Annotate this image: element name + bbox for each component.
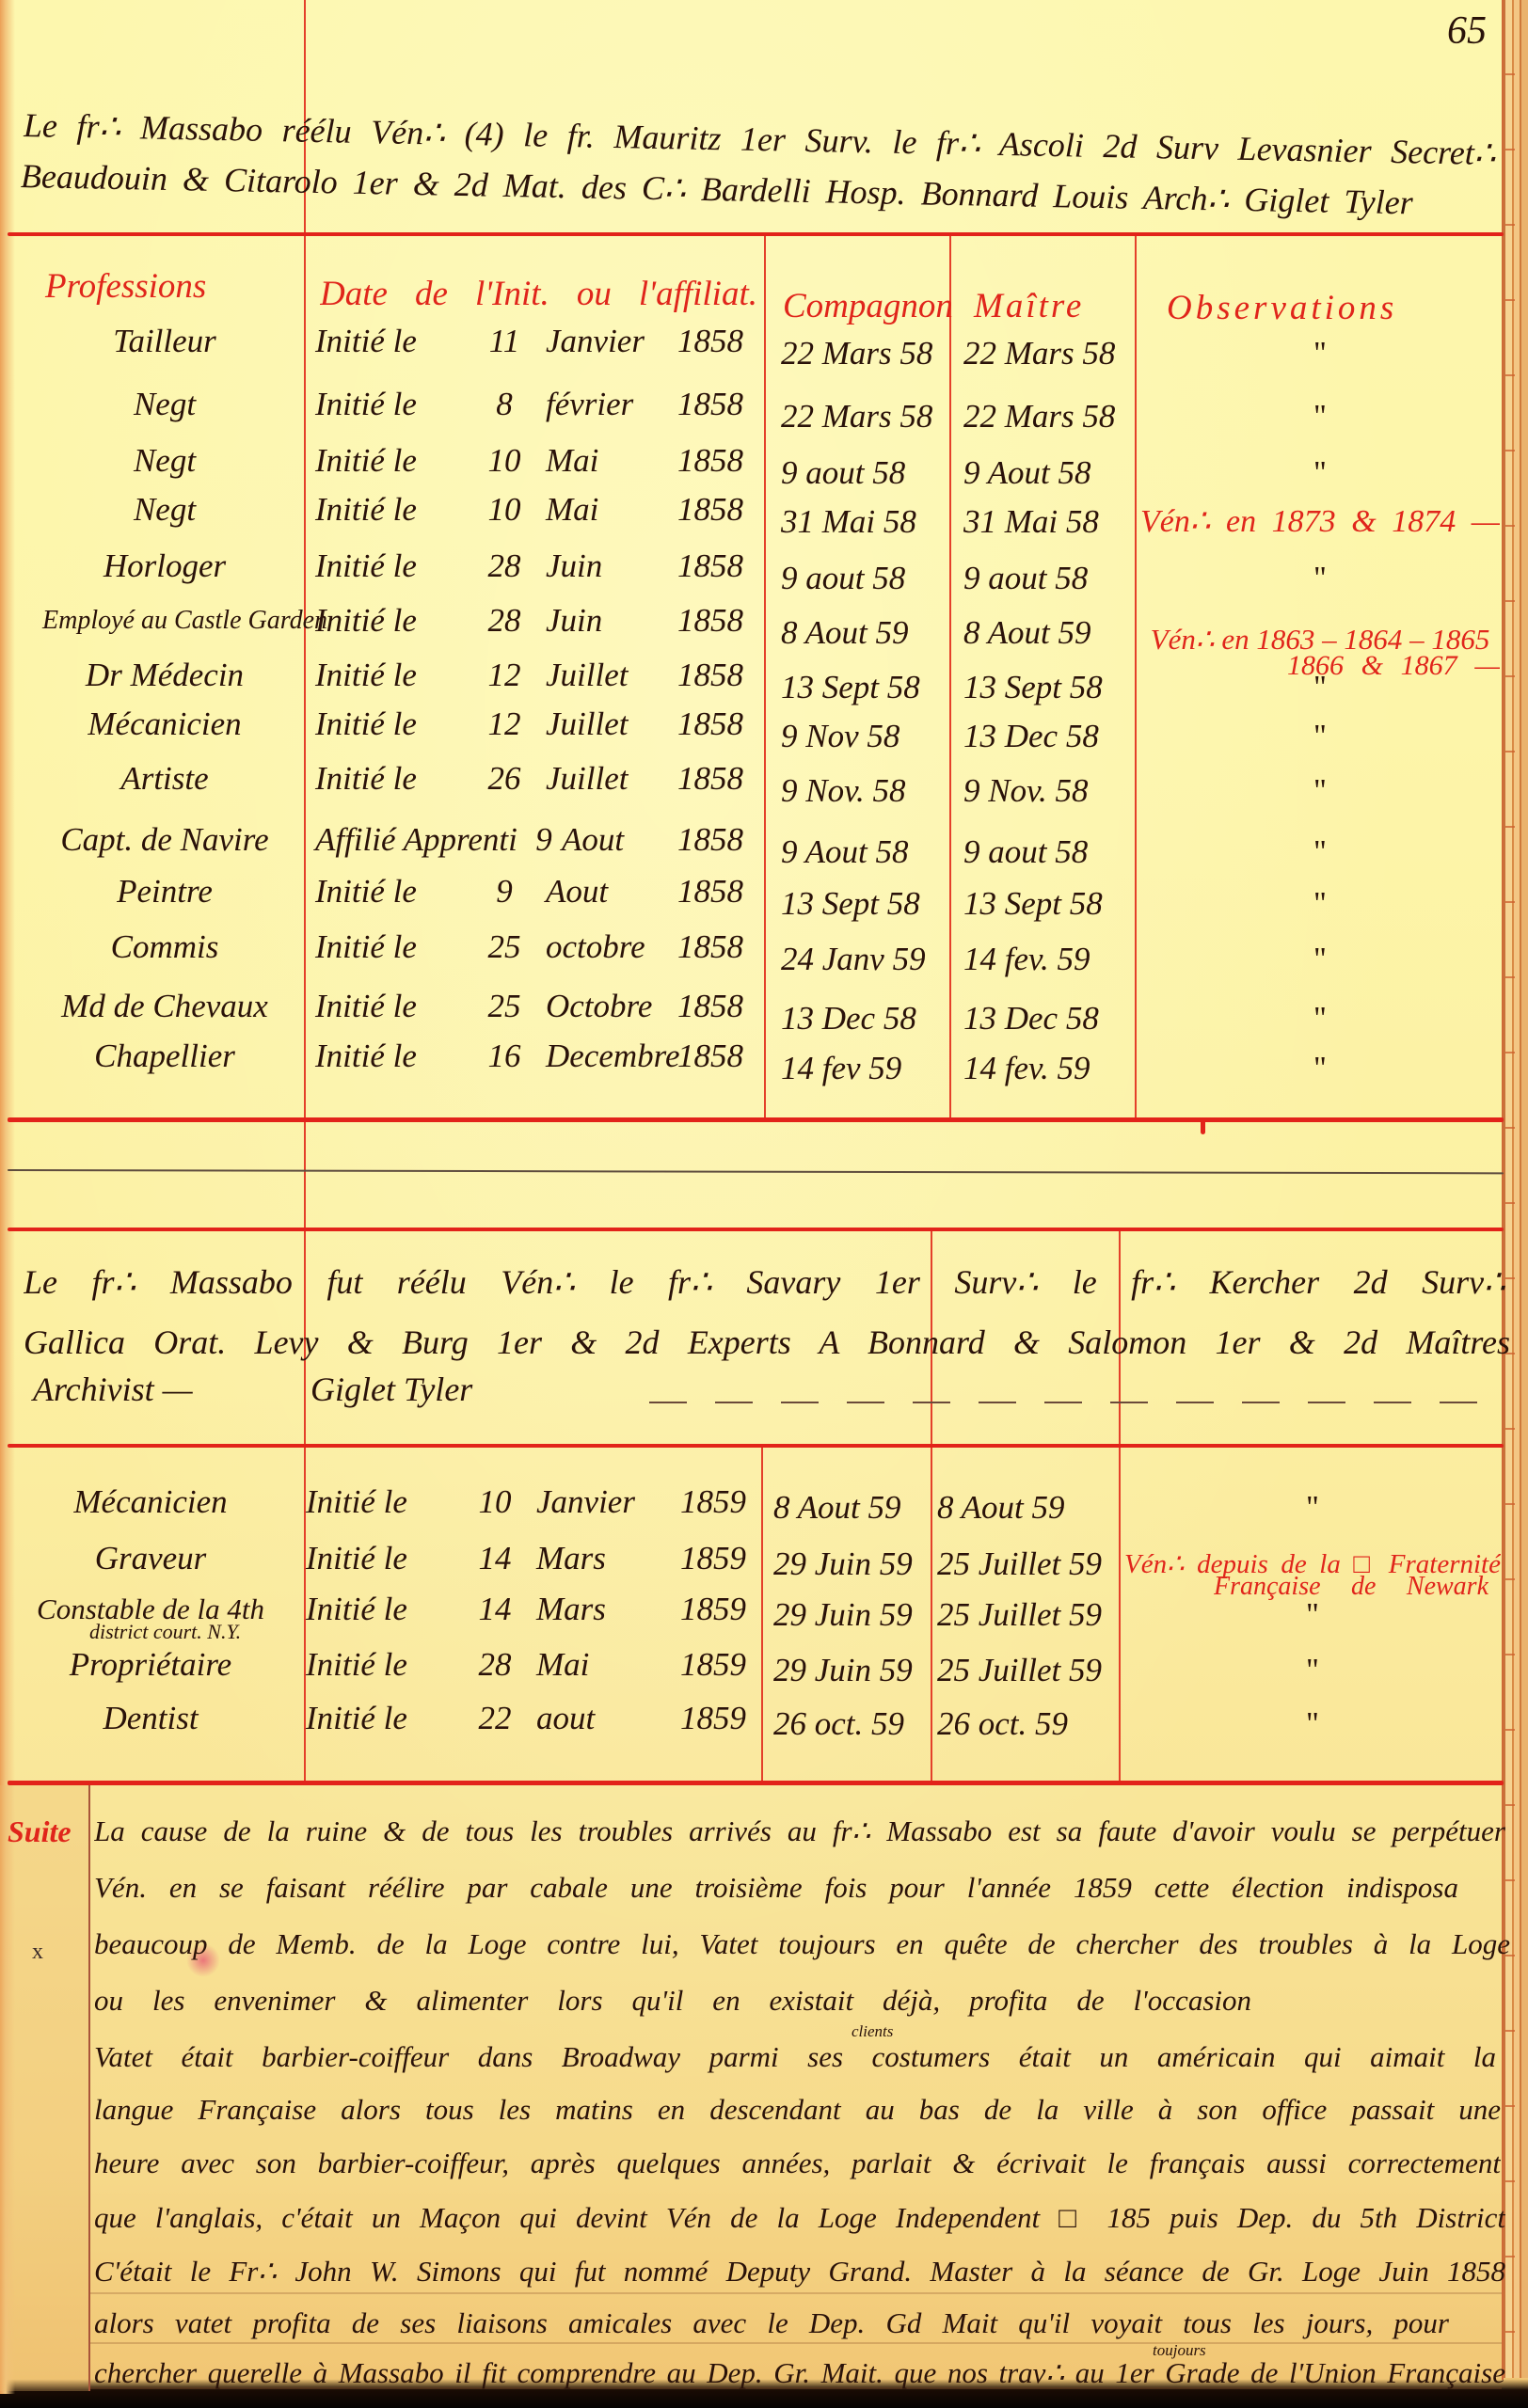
maitre-cell: 31 Mai 58 xyxy=(963,499,1133,545)
date-year: 1859 xyxy=(680,1587,746,1632)
date-year: 1858 xyxy=(677,984,743,1029)
profession-cell: Mécanicien xyxy=(24,702,306,747)
profession-cell: Dentist xyxy=(14,1696,287,1741)
table-row: Negt Initié le8février1858 22 Mars 58 22… xyxy=(0,382,1505,427)
date-cell: Initié le22aout1859 xyxy=(306,1696,757,1741)
suite-margin-rule xyxy=(88,1784,90,2391)
date-month: février xyxy=(546,382,633,427)
maitre-cell: 25 Juillet 59 xyxy=(937,1648,1116,1693)
compagnon-cell: 8 Aout 59 xyxy=(773,1485,926,1530)
date-day: 12 xyxy=(475,702,533,747)
suite-line: Vén. en se faisant réélire par cabale un… xyxy=(94,1864,1458,1911)
date-day: 14 xyxy=(466,1587,524,1632)
interlinear-annotation: toujours xyxy=(1153,2341,1206,2360)
date-month: Janvier xyxy=(546,319,645,364)
suite-line: chercher querelle à Massabo il fit compr… xyxy=(94,2350,1505,2397)
maitre-cell: 13 Sept 58 xyxy=(963,881,1133,927)
date-day: 12 xyxy=(475,653,533,698)
date-year: 1859 xyxy=(680,1480,746,1525)
date-prefix: Initié le xyxy=(306,1696,407,1741)
date-cell: Initié le28Mai1859 xyxy=(306,1642,757,1687)
maitre-cell: 25 Juillet 59 xyxy=(937,1542,1116,1587)
date-cell: Initié le26Juillet1858 xyxy=(315,756,757,801)
date-month: Mars xyxy=(536,1587,606,1632)
date-month: Juin xyxy=(546,544,602,589)
observations-ditto: " xyxy=(1140,830,1500,875)
date-month: Juin xyxy=(546,598,602,643)
date-cell: Affilié Apprenti9Aout1858 xyxy=(315,817,757,863)
suite-line: La cause de la ruine & de tous les troub… xyxy=(94,1808,1505,1855)
profession-cell: Tailleur xyxy=(24,319,306,364)
date-month: Decembre xyxy=(546,1034,680,1079)
table-row: Propriétaire Initié le28Mai1859 29 Juin … xyxy=(0,1642,1505,1687)
maitre-cell: 9 Nov. 58 xyxy=(963,768,1133,814)
profession-cell: Negt xyxy=(24,438,306,483)
date-cell: Initié le10Mai1858 xyxy=(315,487,757,532)
table-row: Artiste Initié le26Juillet1858 9 Nov. 58… xyxy=(0,756,1505,801)
compagnon-cell: 31 Mai 58 xyxy=(781,499,948,545)
observations-ditto: " xyxy=(1140,556,1500,601)
date-month: Octobre xyxy=(546,984,652,1029)
maitre-cell: 14 fev. 59 xyxy=(963,937,1133,982)
date-cell: Initié le10Mai1858 xyxy=(315,438,757,483)
compagnon-cell: 8 Aout 59 xyxy=(781,610,948,656)
table-row: Md de Chevaux Initié le25Octobre1858 13 … xyxy=(0,984,1505,1029)
observations-ditto: " xyxy=(1140,714,1500,759)
table-row: Horloger Initié le28Juin1858 9 aout 58 9… xyxy=(0,544,1505,589)
profession-cell: Propriétaire xyxy=(14,1642,287,1687)
date-prefix: Initié le xyxy=(315,1034,417,1079)
table-row: Capt. de Navire Affilié Apprenti9Aout185… xyxy=(0,817,1505,863)
date-day: 26 xyxy=(475,756,533,801)
maitre-cell: 9 aout 58 xyxy=(963,556,1133,601)
observations-ditto: " xyxy=(1140,394,1500,439)
observations-ditto: " xyxy=(1124,1702,1501,1747)
maitre-cell: 22 Mars 58 xyxy=(963,394,1133,439)
suite-line: Vatet était barbier-coiffeur dans Broadw… xyxy=(94,2034,1496,2081)
date-month: Juillet xyxy=(546,653,628,698)
date-cell: Initié le25octobre1858 xyxy=(315,925,757,970)
table-1859-bottom-rule xyxy=(8,1781,1504,1785)
suite-line: heure avec son barbier-coiffeur, après q… xyxy=(94,2140,1501,2187)
date-year: 1858 xyxy=(677,925,743,970)
date-day: 9 xyxy=(530,817,558,863)
dashed-fill-line xyxy=(649,1402,1501,1403)
date-cell: Initié le8février1858 xyxy=(315,382,757,427)
date-year: 1858 xyxy=(677,1034,743,1079)
profession-cell: Md de Chevaux xyxy=(24,984,306,1029)
date-prefix: Initié le xyxy=(315,984,417,1029)
compagnon-cell: 9 aout 58 xyxy=(781,556,948,601)
maitre-cell: 22 Mars 58 xyxy=(963,331,1133,376)
date-year: 1858 xyxy=(677,598,743,643)
date-month: Aout xyxy=(546,869,608,914)
date-month: Juillet xyxy=(546,756,628,801)
observations-ditto: " xyxy=(1140,881,1500,927)
date-prefix: Initié le xyxy=(306,1642,407,1687)
date-month: Mars xyxy=(536,1536,606,1581)
table-row: Negt Initié le10Mai1858 31 Mai 58 31 Mai… xyxy=(0,487,1505,532)
suite-line: que l'anglais, c'était un Maçon qui devi… xyxy=(94,2194,1505,2242)
date-year: 1858 xyxy=(677,544,743,589)
table-row: Graveur Initié le14Mars1859 29 Juin 59 2… xyxy=(0,1536,1505,1581)
date-day: 28 xyxy=(475,598,533,643)
suite-line: alors vatet profita de ses liaisons amic… xyxy=(94,2300,1449,2347)
profession-cell: Negt xyxy=(24,487,306,532)
officers-1859-line-1: Le fr∴ Massabo fut réélu Vén∴ le fr∴ Sav… xyxy=(24,1257,1505,1307)
date-month: aout xyxy=(536,1696,595,1741)
margin-mark: x xyxy=(32,1938,43,1966)
officers-top-rule xyxy=(8,1228,1504,1231)
date-year: 1858 xyxy=(677,702,743,747)
date-cell: Initié le14Mars1859 xyxy=(306,1536,757,1581)
header-bottom-rule xyxy=(8,232,1504,236)
date-year: 1858 xyxy=(677,487,743,532)
date-prefix: Initié le xyxy=(315,438,417,483)
maitre-cell: 25 Juillet 59 xyxy=(937,1592,1116,1638)
date-month: Juillet xyxy=(546,702,628,747)
date-day: 22 xyxy=(466,1696,524,1741)
date-day: 10 xyxy=(466,1480,524,1525)
table-row: Negt Initié le10Mai1858 9 aout 58 9 Aout… xyxy=(0,438,1505,483)
date-year: 1858 xyxy=(677,817,743,863)
date-prefix: Initié le xyxy=(315,702,417,747)
compagnon-cell: 22 Mars 58 xyxy=(781,394,948,439)
date-cell: Initié le28Juin1858 xyxy=(315,598,757,643)
profession-cell: Mécanicien xyxy=(14,1480,287,1525)
date-month: Mai xyxy=(536,1642,589,1687)
date-year: 1858 xyxy=(677,869,743,914)
profession-note: district court. N.Y. xyxy=(89,1619,241,1645)
profession-cell: Graveur xyxy=(14,1536,287,1581)
maitre-cell: 9 aout 58 xyxy=(963,830,1133,875)
table-row: Constable de la 4th district court. N.Y.… xyxy=(0,1587,1505,1632)
date-day: 8 xyxy=(475,382,533,427)
officers-1859-line-2: Gallica Orat. Levy & Burg 1er & 2d Exper… xyxy=(24,1317,1510,1368)
date-day: 25 xyxy=(475,984,533,1029)
officers-1859-tyler: Giglet Tyler xyxy=(310,1364,472,1415)
date-year: 1858 xyxy=(677,438,743,483)
date-cell: Initié le10Janvier1859 xyxy=(306,1480,757,1525)
compagnon-cell: 9 Nov. 58 xyxy=(781,768,948,814)
column-header-date: Date de l'Init. ou l'affiliat. xyxy=(320,271,757,318)
profession-cell: Dr Médecin xyxy=(24,653,306,698)
profession-cell: Chapellier xyxy=(24,1034,306,1079)
compagnon-cell: 24 Janv 59 xyxy=(781,937,948,982)
date-prefix: Initié le xyxy=(315,382,417,427)
table-row: Dr Médecin Initié le12Juillet1858 13 Sep… xyxy=(0,653,1505,698)
compagnon-cell: 22 Mars 58 xyxy=(781,331,948,376)
date-day: 10 xyxy=(475,487,533,532)
date-cell: Initié le25Octobre1858 xyxy=(315,984,757,1029)
date-month: Janvier xyxy=(536,1480,635,1525)
date-prefix: Initié le xyxy=(306,1480,407,1525)
date-day: 28 xyxy=(475,544,533,589)
observations-ditto: " xyxy=(1124,1485,1501,1530)
compagnon-cell: 29 Juin 59 xyxy=(773,1542,926,1587)
date-day: 11 xyxy=(475,319,533,364)
suite-label: Suite xyxy=(8,1808,72,1855)
table-1858-bottom-rule xyxy=(8,1117,1504,1122)
profession-cell: Commis xyxy=(24,925,306,970)
observations-note: Vén∴ en 1873 & 1874 — xyxy=(1140,499,1500,545)
officers-1859-archivist: Archivist — xyxy=(33,1364,193,1415)
profession-cell: Peintre xyxy=(24,869,306,914)
table-row: Dentist Initié le22aout1859 26 oct. 59 2… xyxy=(0,1696,1505,1741)
date-prefix: Affilié Apprenti xyxy=(315,817,517,863)
compagnon-cell: 14 fev 59 xyxy=(781,1046,948,1091)
date-prefix: Initié le xyxy=(315,756,417,801)
date-year: 1859 xyxy=(680,1642,746,1687)
date-month: Mai xyxy=(546,487,598,532)
date-year: 1858 xyxy=(677,319,743,364)
profession-cell: Horloger xyxy=(24,544,306,589)
compagnon-cell: 26 oct. 59 xyxy=(773,1702,926,1747)
date-day: 10 xyxy=(475,438,533,483)
compagnon-cell: 29 Juin 59 xyxy=(773,1648,926,1693)
table-row: Peintre Initié le9Aout1858 13 Sept 58 13… xyxy=(0,869,1505,914)
profession-cell: Employé au Castle Garden xyxy=(42,598,325,643)
date-cell: Initié le14Mars1859 xyxy=(306,1587,757,1632)
date-year: 1858 xyxy=(677,756,743,801)
table-row: Mécanicien Initié le10Janvier1859 8 Aout… xyxy=(0,1480,1505,1525)
maitre-cell: 8 Aout 59 xyxy=(963,610,1133,656)
date-cell: Initié le11Janvier1858 xyxy=(315,319,757,364)
date-year: 1859 xyxy=(680,1696,746,1741)
maitre-cell: 13 Dec 58 xyxy=(963,714,1133,759)
compagnon-cell: 9 Nov 58 xyxy=(781,714,948,759)
maitre-cell: 26 oct. 59 xyxy=(937,1702,1116,1747)
profession-cell: Negt xyxy=(24,382,306,427)
interlinear-annotation: clients xyxy=(852,2022,893,2041)
observations-ditto: " xyxy=(1140,1046,1500,1091)
table-row: Employé au Castle Garden Initié le28Juin… xyxy=(0,598,1505,643)
suite-line: beaucoup de Memb. de la Loge contre lui,… xyxy=(94,1921,1510,1968)
maitre-cell: 14 fev. 59 xyxy=(963,1046,1133,1091)
table-row: Tailleur Initié le11Janvier1858 22 Mars … xyxy=(0,319,1505,364)
date-cell: Initié le9Aout1858 xyxy=(315,869,757,914)
observations-ditto: " xyxy=(1140,331,1500,376)
date-day: 16 xyxy=(475,1034,533,1079)
date-prefix: Initié le xyxy=(306,1587,407,1632)
compagnon-cell: 13 Sept 58 xyxy=(781,881,948,927)
date-day: 28 xyxy=(466,1642,524,1687)
compagnon-cell: 29 Juin 59 xyxy=(773,1592,926,1638)
suite-line: C'était le Fr∴ John W. Simons qui fut no… xyxy=(94,2248,1505,2295)
date-prefix: Initié le xyxy=(315,925,417,970)
observations-ditto: " xyxy=(1140,768,1500,814)
date-day: 9 xyxy=(475,869,533,914)
suite-line: ou les envenimer & alimenter lors qu'il … xyxy=(94,1977,1251,2024)
date-day: 14 xyxy=(466,1536,524,1581)
column-header-professions: Professions xyxy=(45,263,206,310)
date-month: Aout xyxy=(562,817,624,863)
date-prefix: Initié le xyxy=(315,653,417,698)
maitre-cell: 8 Aout 59 xyxy=(937,1485,1116,1530)
page-edge-ticks xyxy=(1505,0,1515,2378)
date-cell: Initié le28Juin1858 xyxy=(315,544,757,589)
table-row: Chapellier Initié le16Decembre1858 14 fe… xyxy=(0,1034,1505,1079)
observations-ditto: " xyxy=(1124,1592,1501,1638)
compagnon-cell: 9 Aout 58 xyxy=(781,830,948,875)
table-1859-top-rule xyxy=(8,1444,1504,1448)
date-cell: Initié le12Juillet1858 xyxy=(315,653,757,698)
date-prefix: Initié le xyxy=(315,598,417,643)
date-year: 1859 xyxy=(680,1536,746,1581)
observations-ditto: " xyxy=(1124,1648,1501,1693)
date-prefix: Initié le xyxy=(315,544,417,589)
date-prefix: Initié le xyxy=(315,319,417,364)
date-prefix: Initié le xyxy=(306,1536,407,1581)
ink-drip xyxy=(1201,1121,1205,1134)
date-month: octobre xyxy=(546,925,645,970)
date-prefix: Initié le xyxy=(315,869,417,914)
observations-ditto: " xyxy=(1140,937,1500,982)
suite-margin-tint xyxy=(0,1785,88,2391)
table-row: Commis Initié le25octobre1858 24 Janv 59… xyxy=(0,925,1505,970)
suite-line: langue Française alors tous les matins e… xyxy=(94,2086,1501,2133)
date-cell: Initié le12Juillet1858 xyxy=(315,702,757,747)
date-prefix: Initié le xyxy=(315,487,417,532)
table-row: Mécanicien Initié le12Juillet1858 9 Nov … xyxy=(0,702,1505,747)
date-month: Mai xyxy=(546,438,598,483)
date-year: 1858 xyxy=(677,382,743,427)
date-cell: Initié le16Decembre1858 xyxy=(315,1034,757,1079)
page-number: 65 xyxy=(1447,8,1487,55)
date-year: 1858 xyxy=(677,653,743,698)
profession-cell: Artiste xyxy=(24,756,306,801)
date-day: 25 xyxy=(475,925,533,970)
profession-cell: Capt. de Navire xyxy=(24,817,306,863)
